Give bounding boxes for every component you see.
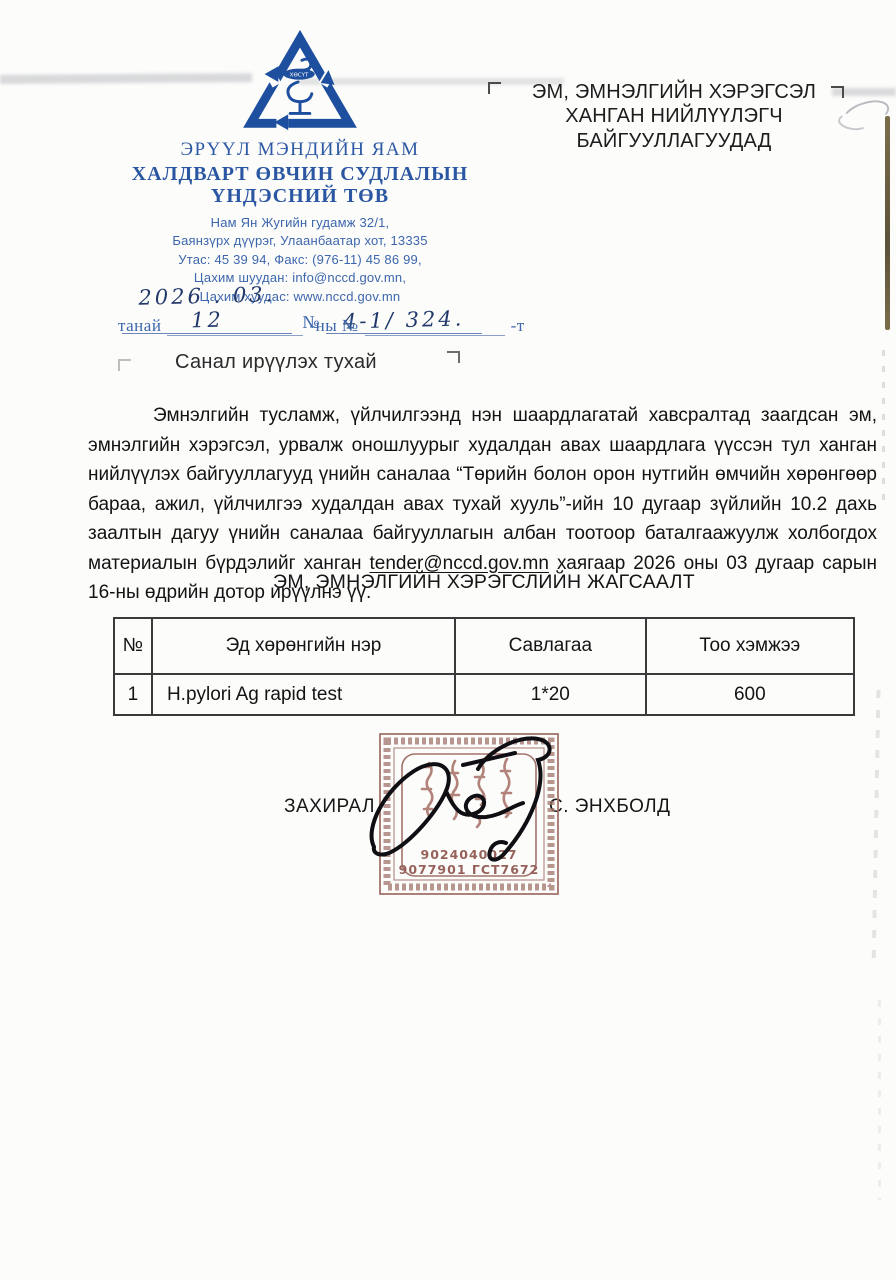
recipient-block: ЭМ, ЭМНЭЛГИЙН ХЭРЭГСЭЛ ХАНГАН НИЙЛҮҮЛЭГЧ…: [468, 80, 880, 153]
address-line: Нам Ян Жугийн гудамж 32/1,: [88, 214, 512, 232]
recipient-line1: ЭМ, ЭМНЭЛГИЙН ХЭРЭГСЭЛ: [468, 80, 880, 104]
address-line: Утас: 45 39 94, Факс: (976-11) 45 86 99,: [88, 251, 512, 269]
scan-edge-mark: [882, 350, 885, 500]
subject-block: Санал ирүүлэх тухай: [118, 351, 460, 374]
col-header-quantity: Тоо хэмжээ: [646, 618, 854, 674]
list-title: ЭМ, ЭМНЭЛГИЙН ХЭРЭГСЛИЙН ЖАГСААЛТ: [113, 571, 855, 594]
corner-mark-icon: [831, 86, 844, 98]
cell-no: 1: [114, 674, 152, 715]
director-signature: [360, 727, 565, 877]
cell-packaging: 1*20: [455, 674, 646, 715]
letterhead: ХӨСҮТ ЭРҮҮЛ МЭНДИЙН ЯАМ ХАЛДВАРТ ӨВЧИН С…: [88, 30, 512, 306]
recipient-line2: ХАНГАН НИЙЛҮҮЛЭГЧ БАЙГУУЛЛАГУУДАД: [468, 104, 880, 153]
organization-name: ХАЛДВАРТ ӨВЧИН СУДЛАЛЫН ҮНДЭСНИЙ ТӨВ: [88, 163, 512, 207]
corner-mark-icon: [447, 351, 460, 363]
scan-edge-mark: [878, 1000, 881, 1200]
body-before-email: Эмнэлгийн тусламж, үйлчилгээнд нэн шаард…: [88, 405, 877, 574]
your-ref-line: танай -ны № -т: [118, 316, 525, 336]
corner-mark-icon: [488, 82, 501, 94]
your-ref-blank: [365, 317, 505, 336]
scan-edge-mark: [885, 116, 890, 330]
goods-table: № Эд хөрөнгийн нэр Савлагаа Тоо хэмжээ 1…: [113, 617, 855, 716]
subject-text: Санал ирүүлэх тухай: [175, 351, 460, 374]
organization-name-line2: ҮНДЭСНИЙ ТӨВ: [88, 185, 512, 207]
col-header-packaging: Савлагаа: [455, 618, 646, 674]
col-header-name: Эд хөрөнгийн нэр: [152, 618, 455, 674]
table-header-row: № Эд хөрөнгийн нэр Савлагаа Тоо хэмжээ: [114, 618, 854, 674]
director-name: С. ЭНХБОЛД: [549, 796, 671, 818]
cell-quantity: 600: [646, 674, 854, 715]
logo-banner-label: ХӨСҮТ: [290, 72, 309, 78]
nccd-logo-icon: ХӨСҮТ: [241, 30, 359, 132]
your-ref-mid: -ны №: [309, 316, 358, 336]
organization-name-line1: ХАЛДВАРТ ӨВЧИН СУДЛАЛЫН: [88, 163, 512, 185]
scanned-letter-page: ХӨСҮТ ЭРҮҮЛ МЭНДИЙН ЯАМ ХАЛДВАРТ ӨВЧИН С…: [0, 0, 896, 1280]
your-ref-blank: [167, 317, 303, 336]
scan-edge-mark: [872, 690, 881, 970]
table-row: 1 H.pylori Ag rapid test 1*20 600: [114, 674, 854, 715]
cell-name: H.pylori Ag rapid test: [152, 674, 455, 715]
col-header-no: №: [114, 618, 152, 674]
ministry-name: ЭРҮҮЛ МЭНДИЙН ЯАМ: [88, 139, 512, 161]
corner-mark-icon: [118, 359, 131, 371]
your-ref-prefix: танай: [118, 316, 161, 336]
address-line: Баянзүрх дүүрэг, Улаанбаатар хот, 13335: [88, 232, 512, 250]
your-ref-suffix: -т: [511, 316, 525, 336]
